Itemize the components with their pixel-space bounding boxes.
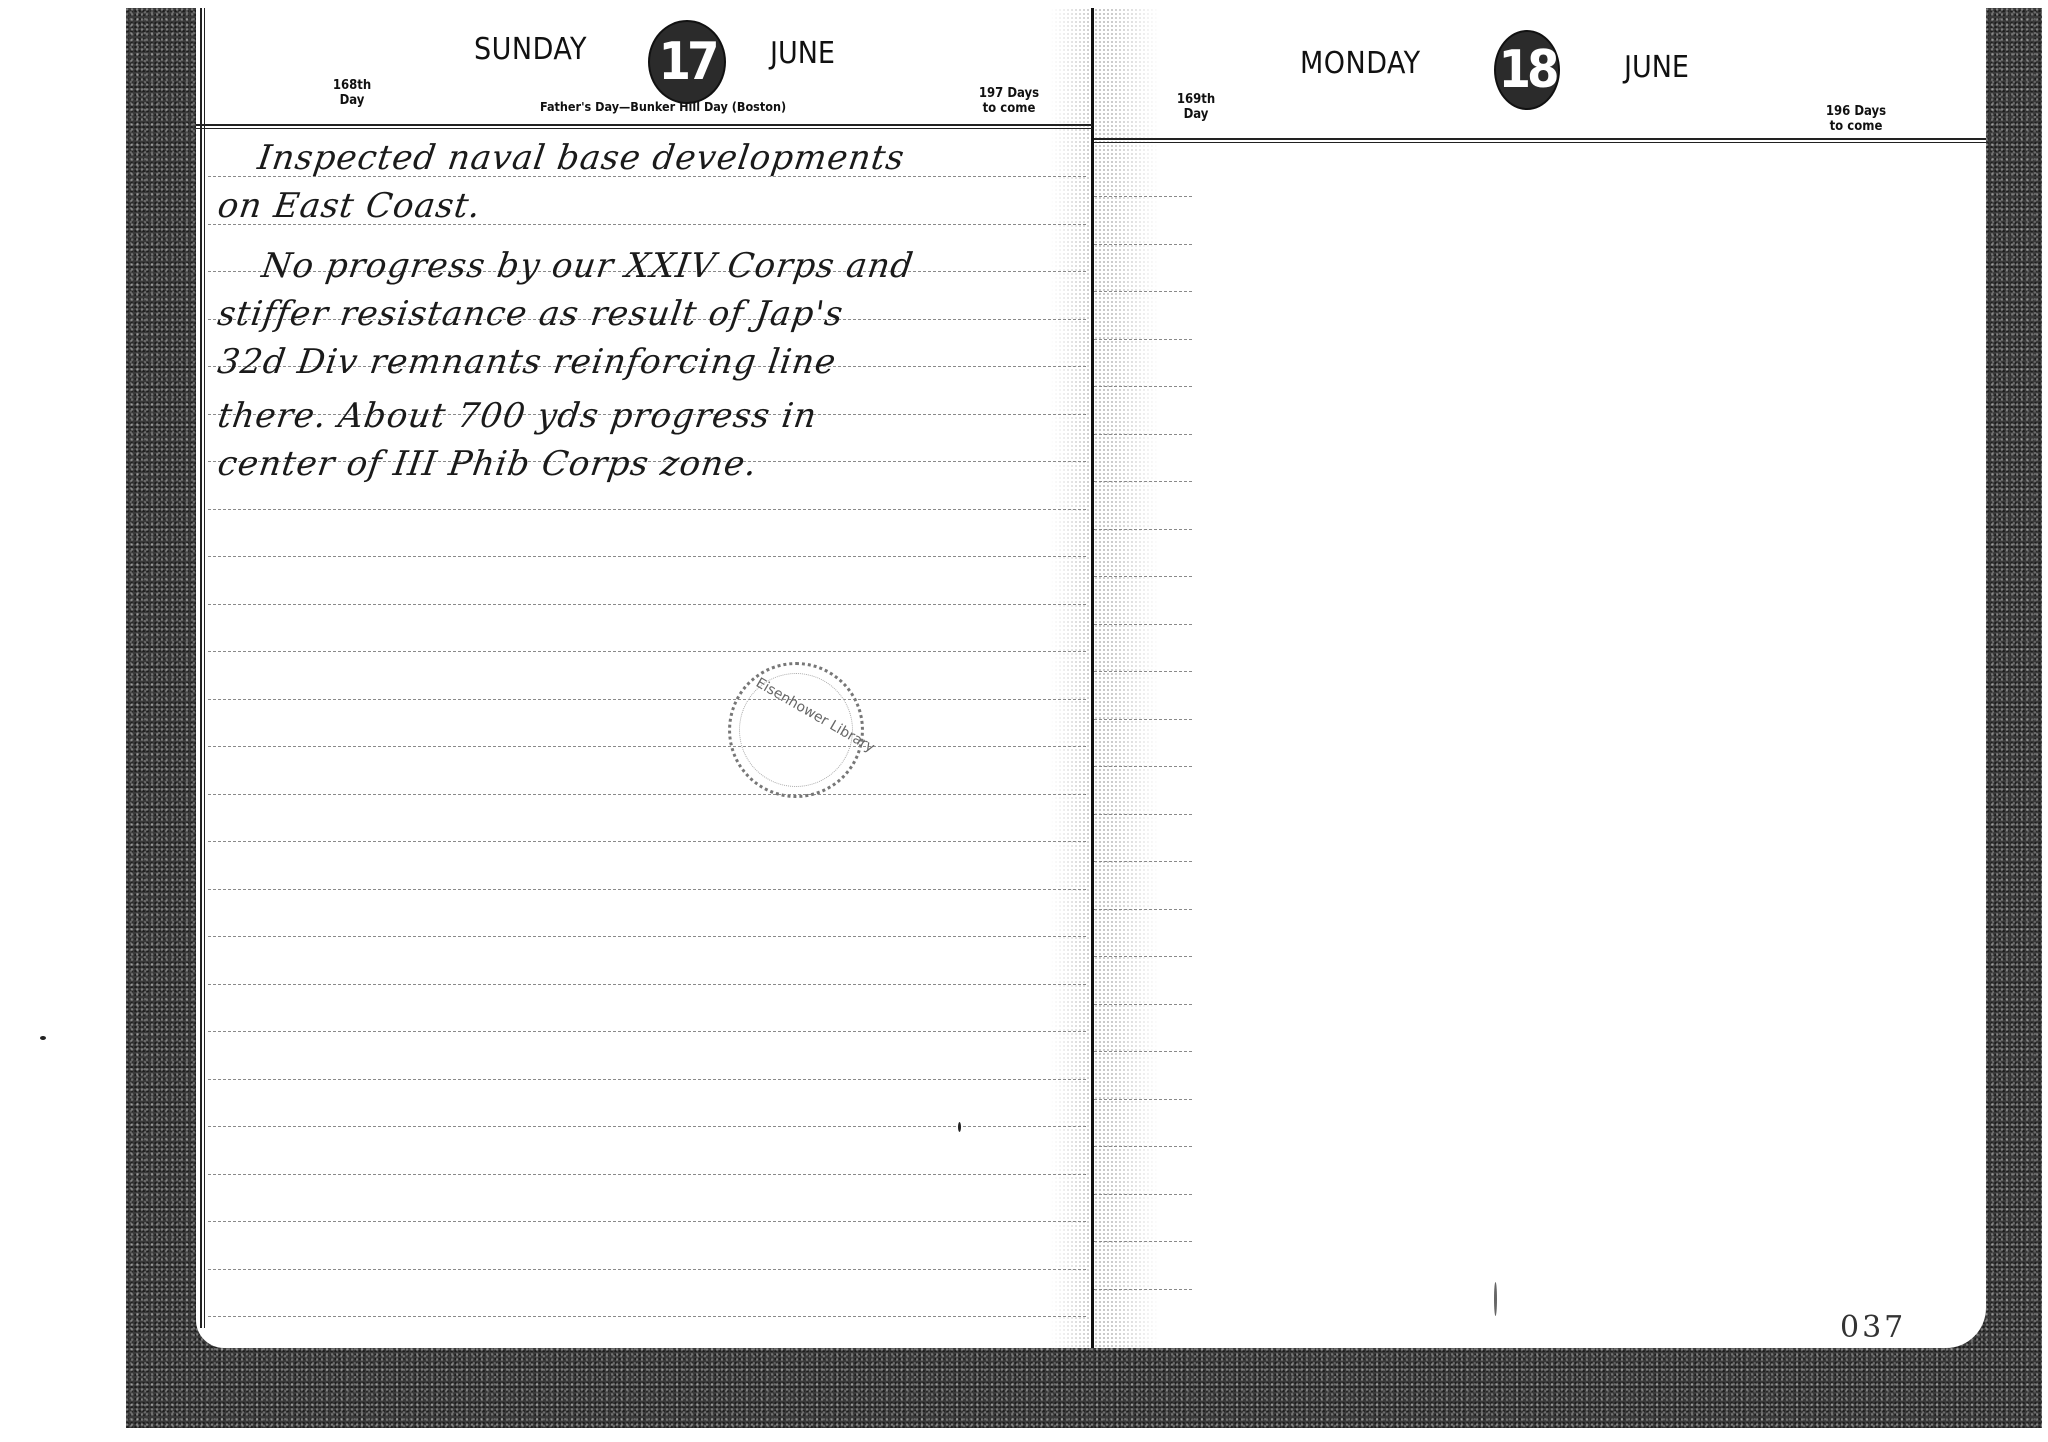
ruled-line xyxy=(1094,339,1194,340)
holiday-label: Father's Day—Bunker Hill Day (Boston) xyxy=(540,99,786,114)
ruled-line xyxy=(1094,529,1194,530)
ruled-line xyxy=(1094,624,1194,625)
ruled-line xyxy=(208,556,1088,557)
ruled-line xyxy=(208,699,1088,700)
page-border-rule xyxy=(200,8,202,1328)
ruled-line xyxy=(1094,434,1194,435)
entry-line: stiffer resistance as result of Jap's xyxy=(215,294,1081,334)
header-rule xyxy=(1094,142,1986,143)
day-label: Day xyxy=(322,93,382,108)
left-day-of-year: 168th Day xyxy=(322,78,382,108)
header-rule xyxy=(196,128,1092,129)
header-rule xyxy=(1094,138,1986,140)
to-come-label: to come xyxy=(1806,119,1906,134)
ruled-line xyxy=(208,1316,1088,1317)
ruled-line xyxy=(1094,291,1194,292)
right-date-badge: 18 xyxy=(1494,30,1560,110)
ruled-line xyxy=(1094,1004,1194,1005)
left-weekday: SUNDAY xyxy=(474,32,587,67)
ruled-line xyxy=(1094,1289,1194,1290)
entry-line: Inspected naval base developments xyxy=(255,138,1121,178)
page-number: 037 xyxy=(1840,1310,1906,1345)
ruled-line xyxy=(208,1079,1088,1080)
ruled-line xyxy=(1094,1194,1194,1195)
ruled-line xyxy=(1094,481,1194,482)
library-stamp: Eisenhower Library xyxy=(728,662,864,798)
header-rule xyxy=(196,124,1092,126)
ruled-line xyxy=(208,936,1088,937)
ruled-line xyxy=(208,841,1088,842)
ruled-line xyxy=(1094,386,1194,387)
ruled-line xyxy=(208,984,1088,985)
to-come-label: to come xyxy=(964,101,1054,116)
binding-gutter-line xyxy=(1091,8,1094,1348)
right-page xyxy=(1096,8,1986,1348)
ruled-line xyxy=(1094,244,1194,245)
ruled-line xyxy=(208,1031,1088,1032)
left-date-badge: 17 xyxy=(648,20,726,104)
scan-speck xyxy=(40,1036,46,1040)
ruled-line xyxy=(1094,956,1194,957)
ruled-line xyxy=(1094,719,1194,720)
ink-mark xyxy=(958,1122,961,1132)
ruled-line xyxy=(1094,576,1194,577)
entry-line: No progress by our XXIV Corps and xyxy=(259,246,1125,286)
ruled-line xyxy=(208,889,1088,890)
ruled-line xyxy=(1094,1099,1194,1100)
ruled-line xyxy=(208,1174,1088,1175)
days-to-come-number: 196 Days xyxy=(1806,104,1906,119)
ruled-line xyxy=(208,651,1088,652)
right-days-to-come: 196 Days to come xyxy=(1806,104,1906,134)
ruled-line xyxy=(1094,814,1194,815)
ruled-line xyxy=(1094,1241,1194,1242)
entry-line: 32d Div remnants reinforcing line xyxy=(215,342,1081,382)
page-border-rule xyxy=(204,8,205,1328)
days-to-come-number: 197 Days xyxy=(964,86,1054,101)
ruled-line xyxy=(208,746,1088,747)
ruled-line xyxy=(208,1221,1088,1222)
day-label: Day xyxy=(1166,107,1226,122)
entry-line: on East Coast. xyxy=(215,186,1081,226)
ruled-line xyxy=(208,509,1088,510)
ruled-line xyxy=(1094,671,1194,672)
right-weekday: MONDAY xyxy=(1300,46,1421,81)
ruled-line xyxy=(1094,909,1194,910)
ruled-line xyxy=(1094,196,1194,197)
ruled-line xyxy=(208,1269,1088,1270)
ruled-line xyxy=(1094,861,1194,862)
ruled-line xyxy=(208,604,1088,605)
entry-line: center of III Phib Corps zone. xyxy=(215,444,1081,484)
right-day-of-year: 169th Day xyxy=(1166,92,1226,122)
day-of-year-number: 168th xyxy=(322,78,382,93)
ruled-line xyxy=(208,1126,1088,1127)
ruled-line xyxy=(208,794,1088,795)
left-days-to-come: 197 Days to come xyxy=(964,86,1054,116)
ruled-line xyxy=(1094,1146,1194,1147)
entry-line: there. About 700 yds progress in xyxy=(215,396,1081,436)
ruled-line xyxy=(1094,766,1194,767)
right-month: JUNE xyxy=(1624,50,1689,85)
left-month: JUNE xyxy=(770,36,835,71)
ruled-line xyxy=(1094,1051,1194,1052)
ink-mark xyxy=(1494,1282,1497,1316)
day-of-year-number: 169th xyxy=(1166,92,1226,107)
